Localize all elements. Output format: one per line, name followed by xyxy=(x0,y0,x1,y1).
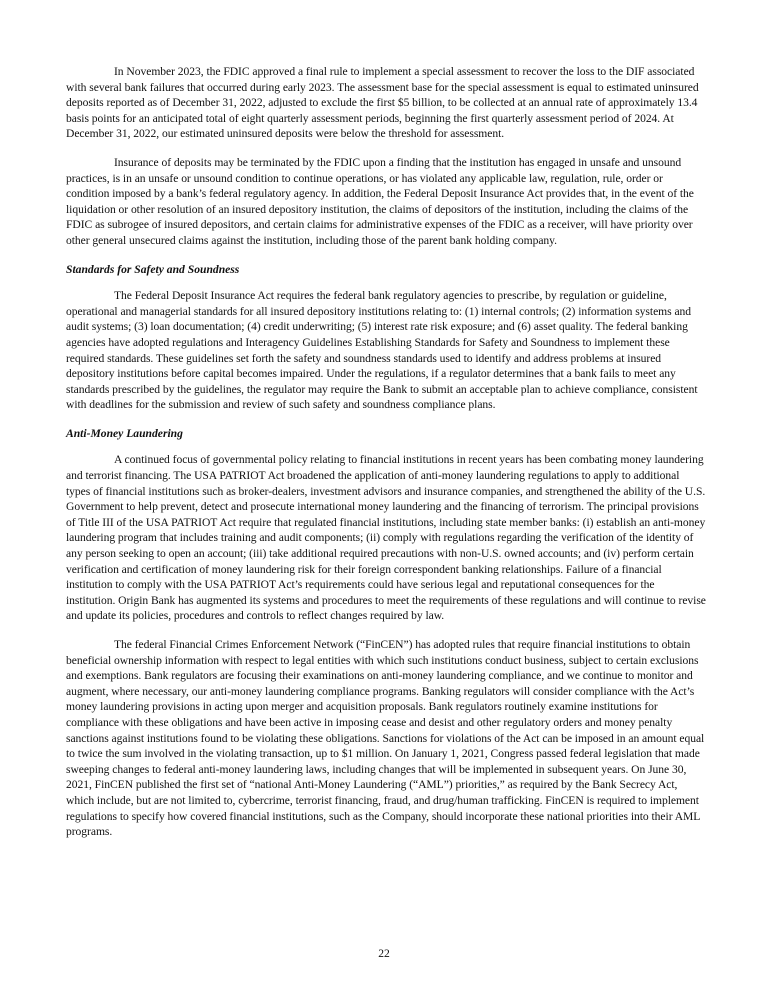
section-heading-anti-money-laundering: Anti-Money Laundering xyxy=(66,426,706,442)
paragraph-patriot-act: A continued focus of governmental policy… xyxy=(66,452,706,624)
page-number: 22 xyxy=(0,946,768,961)
section-heading-safety-soundness: Standards for Safety and Soundness xyxy=(66,262,706,278)
paragraph-fincen: The federal Financial Crimes Enforcement… xyxy=(66,637,706,840)
paragraph-safety-soundness: The Federal Deposit Insurance Act requir… xyxy=(66,288,706,413)
paragraph-fdic-special-assessment: In November 2023, the FDIC approved a fi… xyxy=(66,64,706,142)
document-page: In November 2023, the FDIC approved a fi… xyxy=(66,64,706,853)
paragraph-insurance-termination: Insurance of deposits may be terminated … xyxy=(66,155,706,249)
